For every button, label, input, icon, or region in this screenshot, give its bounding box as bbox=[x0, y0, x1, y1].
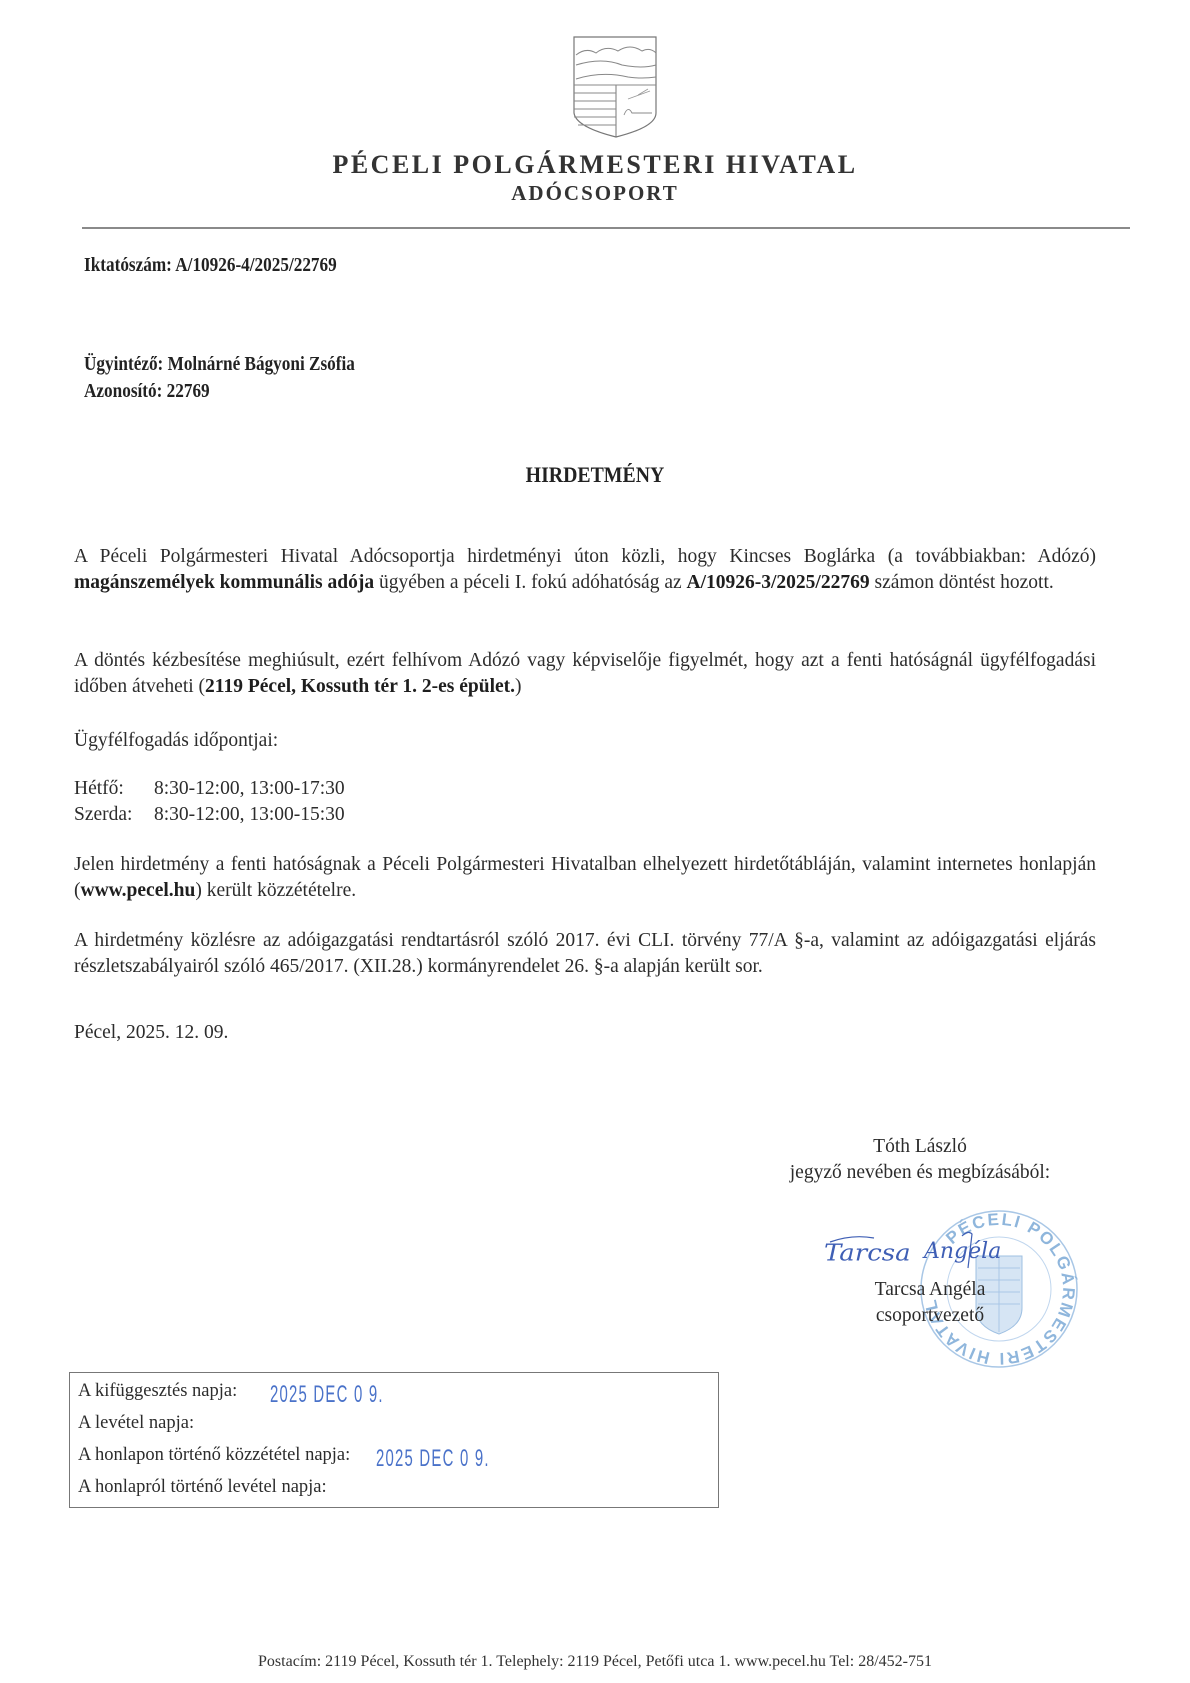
on-behalf-text: jegyző nevében és megbízásából: bbox=[720, 1160, 1120, 1186]
svg-text:Tarcsa: Tarcsa bbox=[824, 1239, 911, 1266]
header-divider bbox=[82, 227, 1130, 229]
town-coat-of-arms-icon bbox=[572, 35, 658, 139]
signer-block: Tarcsa Angéla csoportvezető bbox=[820, 1277, 1040, 1329]
posting-row: A kifüggesztés napja: bbox=[78, 1381, 237, 1402]
paragraph-legal-basis: A hirdetmény közlésre az adóigazgatási r… bbox=[74, 928, 1096, 980]
signer-name: Tarcsa Angéla bbox=[820, 1277, 1040, 1303]
signature-authority: Tóth László jegyző nevében és megbízásáb… bbox=[720, 1134, 1120, 1186]
office-hours-row: Szerda:8:30-12:00, 13:00-15:30 bbox=[74, 802, 1096, 828]
svg-text:Angéla: Angéla bbox=[922, 1239, 1001, 1264]
date-stamp: 2025 DEC 0 9. bbox=[270, 1381, 384, 1409]
place-and-date: Pécel, 2025. 12. 09. bbox=[74, 1022, 228, 1044]
registration-number: Iktatószám: A/10926-4/2025/22769 bbox=[84, 254, 337, 277]
footer-contact: Postacím: 2119 Pécel, Kossuth tér 1. Tel… bbox=[0, 1653, 1190, 1671]
document-heading: HIRDETMÉNY bbox=[60, 462, 1131, 488]
posting-row: A honlapról történő levétel napja: bbox=[78, 1477, 327, 1498]
website-link: www.pecel.hu bbox=[81, 880, 196, 901]
paragraph-publication: Jelen hirdetmény a fenti hatóságnak a Pé… bbox=[74, 852, 1096, 904]
posting-row: A levétel napja: bbox=[78, 1413, 194, 1434]
date-stamp: 2025 DEC 0 9. bbox=[376, 1445, 490, 1473]
office-hours: Hétfő:8:30-12:00, 13:00-17:30 Szerda:8:3… bbox=[74, 776, 1096, 828]
handwritten-signature: Tarcsa Angéla bbox=[822, 1228, 1022, 1278]
signer-title: csoportvezető bbox=[820, 1303, 1040, 1329]
paragraph-delivery: A döntés kézbesítése meghiúsult, ezért f… bbox=[74, 648, 1096, 700]
principal-name: Tóth László bbox=[720, 1134, 1120, 1160]
identifier: Azonosító: 22769 bbox=[84, 380, 210, 403]
posting-row: A honlapon történő közzététel napja: bbox=[78, 1445, 350, 1466]
organization-title: PÉCELI POLGÁRMESTERI HIVATAL bbox=[0, 150, 1190, 180]
office-hours-row: Hétfő:8:30-12:00, 13:00-17:30 bbox=[74, 776, 1096, 802]
case-administrator: Ügyintéző: Molnárné Bágyoni Zsófia bbox=[84, 353, 355, 376]
posting-dates-box: A kifüggesztés napja: 2025 DEC 0 9. A le… bbox=[69, 1372, 719, 1508]
office-hours-label: Ügyfélfogadás időpontjai: bbox=[74, 728, 1096, 754]
organization-subtitle: ADÓCSOPORT bbox=[0, 181, 1190, 206]
paragraph-decision: A Péceli Polgármesteri Hivatal Adócsopor… bbox=[74, 544, 1096, 596]
